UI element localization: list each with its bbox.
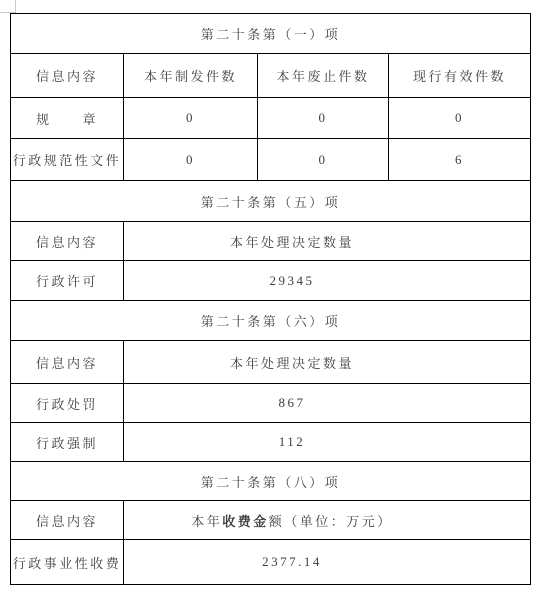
section1-title: 第二十条第（一）项 xyxy=(11,14,531,54)
section8-header-info: 信息内容 xyxy=(11,501,124,540)
normative-effective-count: 6 xyxy=(389,139,531,181)
normative-documents-row: 行政规范性文件 0 0 6 xyxy=(11,139,531,181)
section8-header-value: 本年收费金额（单位：万元） xyxy=(124,501,531,540)
report-page: 第二十条第（一）项 信息内容 本年制发件数 本年废止件数 现行有效件数 规 章 … xyxy=(0,0,538,598)
admin-coercion-row: 行政强制 112 xyxy=(11,423,531,462)
section8-header-row: 信息内容 本年收费金额（单位：万元） xyxy=(11,501,531,540)
admin-license-label: 行政许可 xyxy=(11,261,124,301)
normative-documents-label: 行政规范性文件 xyxy=(11,139,124,181)
article20-statistics-table: 第二十条第（一）项 信息内容 本年制发件数 本年废止件数 现行有效件数 规 章 … xyxy=(10,13,531,585)
section5-header-row: 信息内容 本年处理决定数量 xyxy=(11,222,531,261)
admin-fee-row: 行政事业性收费 2377.14 xyxy=(11,540,531,585)
admin-license-row: 行政许可 29345 xyxy=(11,261,531,301)
admin-penalty-count: 867 xyxy=(124,384,531,423)
section1-header-issued: 本年制发件数 xyxy=(124,54,258,98)
section6-title: 第二十条第（六）项 xyxy=(11,301,531,341)
normative-issued-count: 0 xyxy=(124,139,258,181)
fee-header-prefix: 本年 xyxy=(191,514,222,529)
section8-title: 第二十条第（八）项 xyxy=(11,462,531,501)
fee-header-bold-part: 收费金 xyxy=(222,514,269,529)
rules-issued-count: 0 xyxy=(124,98,258,139)
section5-header-value: 本年处理决定数量 xyxy=(124,222,531,261)
rules-row: 规 章 0 0 0 xyxy=(11,98,531,139)
section1-header-effective: 现行有效件数 xyxy=(389,54,531,98)
admin-penalty-label: 行政处罚 xyxy=(11,384,124,423)
admin-coercion-count: 112 xyxy=(124,423,531,462)
section6-header-value: 本年处理决定数量 xyxy=(124,341,531,384)
admin-penalty-row: 行政处罚 867 xyxy=(11,384,531,423)
section1-header-info: 信息内容 xyxy=(11,54,124,98)
section8-title-row: 第二十条第（八）项 xyxy=(11,462,531,501)
section1-header-row: 信息内容 本年制发件数 本年废止件数 现行有效件数 xyxy=(11,54,531,98)
admin-fee-amount: 2377.14 xyxy=(124,540,531,585)
section6-title-row: 第二十条第（六）项 xyxy=(11,301,531,341)
fee-header-suffix: 额（单位：万元） xyxy=(269,514,393,529)
section1-header-repealed: 本年废止件数 xyxy=(258,54,389,98)
section6-header-info: 信息内容 xyxy=(11,341,124,384)
section1-title-row: 第二十条第（一）项 xyxy=(11,14,531,54)
section5-header-info: 信息内容 xyxy=(11,222,124,261)
rules-repealed-count: 0 xyxy=(258,98,389,139)
rules-effective-count: 0 xyxy=(389,98,531,139)
normative-repealed-count: 0 xyxy=(258,139,389,181)
section5-title: 第二十条第（五）项 xyxy=(11,181,531,222)
admin-license-count: 29345 xyxy=(124,261,531,301)
admin-coercion-label: 行政强制 xyxy=(11,423,124,462)
admin-fee-label: 行政事业性收费 xyxy=(11,540,124,585)
section5-title-row: 第二十条第（五）项 xyxy=(11,181,531,222)
section6-header-row: 信息内容 本年处理决定数量 xyxy=(11,341,531,384)
rules-row-label: 规 章 xyxy=(11,98,124,139)
